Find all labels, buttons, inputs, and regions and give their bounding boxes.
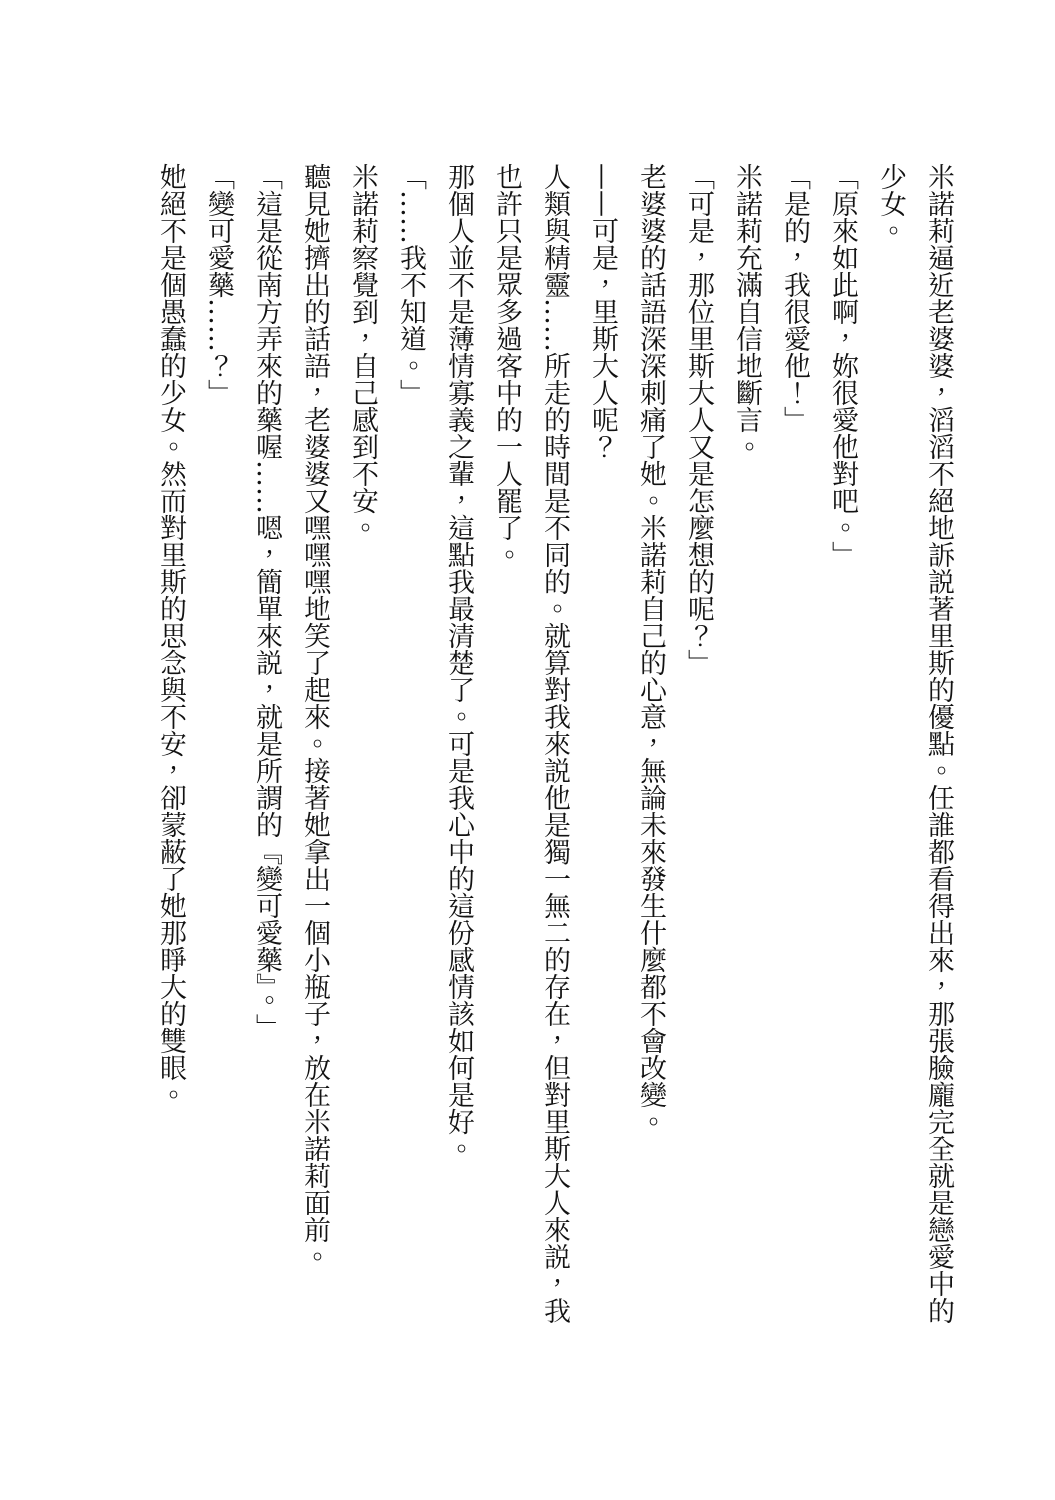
dialogue-line: 「……我不知道。」 <box>386 163 434 1325</box>
novel-page: 米諾莉逼近老婆婆，滔滔不絕地訴説著里斯的優點。任誰都看得出來，那張臉龐完全就是戀… <box>0 0 1055 1500</box>
narration-paragraph: 米諾莉察覺到，自己感到不安。 <box>338 163 386 1325</box>
narration-paragraph: 聽見她擠出的話語，老婆婆又嘿嘿嘿地笑了起來。接著她拿出一個小瓶子，放在米諾莉面前… <box>290 163 338 1325</box>
narration-paragraph: 米諾莉充滿自信地斷言。 <box>722 163 770 1325</box>
narration-paragraph: 她絕不是個愚蠢的少女。然而對里斯的思念與不安，卻蒙蔽了她那睜大的雙眼。 <box>146 163 194 1325</box>
vertical-text-block: 米諾莉逼近老婆婆，滔滔不絕地訴説著里斯的優點。任誰都看得出來，那張臉龐完全就是戀… <box>146 163 962 1325</box>
inner-thought-line: ——可是，里斯大人呢？ <box>578 163 626 1325</box>
narration-paragraph: 米諾莉逼近老婆婆，滔滔不絕地訴説著里斯的優點。任誰都看得出來，那張臉龐完全就是戀… <box>866 163 962 1325</box>
narration-paragraph: 老婆婆的話語深深刺痛了她。米諾莉自己的心意，無論未來發生什麼都不會改變。 <box>626 163 674 1325</box>
dialogue-line: 「可是，那位里斯大人又是怎麼想的呢？」 <box>674 163 722 1325</box>
dialogue-line: 「是的，我很愛他！」 <box>770 163 818 1325</box>
dialogue-line: 「變可愛藥……？」 <box>194 163 242 1325</box>
inner-thought-paragraph: 那個人並不是薄情寡義之輩，這點我最清楚了。可是我心中的這份感情該如何是好。 <box>434 163 482 1325</box>
dialogue-line: 「原來如此啊，妳很愛他對吧。」 <box>818 163 866 1325</box>
dialogue-line: 「這是從南方弄來的藥喔……嗯，簡單來説，就是所謂的『變可愛藥』。」 <box>242 163 290 1325</box>
inner-thought-paragraph: 人類與精靈……所走的時間是不同的。就算對我來説他是獨一無二的存在，但對里斯大人來… <box>482 163 578 1325</box>
